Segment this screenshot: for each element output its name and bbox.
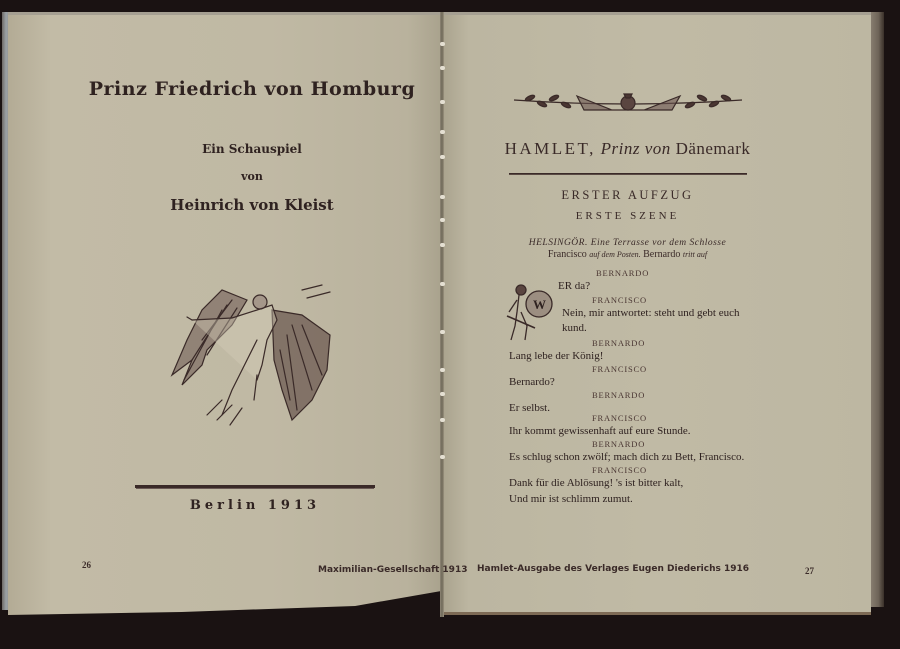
dialogue-line: Bernardo?	[509, 376, 555, 388]
footer-left: Maximilian-Gesellschaft 1913	[318, 565, 467, 575]
binding-stitch	[440, 42, 445, 46]
scene-setting: HELSINGÖR. Eine Terrasse vor dem Schloss…	[0, 238, 900, 248]
warrior-with-shield-W-initial: W	[505, 282, 555, 344]
speaker-name: BERNARDO	[596, 268, 649, 278]
binding-stitch	[440, 418, 445, 422]
binding-stitch	[440, 368, 445, 372]
speaker-name: FRANCISCO	[592, 364, 647, 374]
dialogue-line: Und mir ist schlimm zumut.	[509, 493, 633, 505]
divider-rule	[509, 173, 747, 175]
binding-stitch	[440, 100, 445, 104]
dialogue-line: Ihr kommt gewissenhaft auf eure Stunde.	[509, 425, 690, 437]
dialogue-line: Nein, mir antwortet: steht und gebt euch	[562, 307, 739, 319]
laurel-branch-ornament	[512, 90, 744, 118]
speaker-name: BERNARDO	[592, 338, 645, 348]
imprint-place-year: Berlin 1913	[0, 498, 510, 513]
speaker-name: FRANCISCO	[592, 465, 647, 475]
speaker-name: BERNARDO	[592, 390, 645, 400]
page-number-left: 26	[82, 560, 91, 570]
speaker-name: FRANCISCO	[592, 413, 647, 423]
speaker-name: BERNARDO	[592, 439, 645, 449]
play-title-hamlet: HAMLET, Prinz von Dänemark	[0, 139, 900, 159]
binding-stitch	[440, 455, 445, 459]
binding-stitch	[440, 392, 445, 396]
flying-youth-with-eagle-illustration	[162, 280, 342, 430]
dialogue-line: Er selbst.	[509, 402, 550, 414]
character-name: Bernardo	[643, 249, 680, 260]
page-number-right: 27	[805, 566, 814, 576]
dialogue-line: Dank für die Ablösung! 's ist bitter kal…	[509, 477, 683, 489]
direction-text: auf dem Posten.	[589, 250, 640, 259]
dialogue-line: Es schlug schon zwölf; mach dich zu Bett…	[509, 451, 744, 463]
scene-heading: ERSTE SZENE	[0, 210, 900, 222]
act-heading: ERSTER AUFZUG	[0, 188, 900, 203]
title-rest: Dänemark	[676, 139, 751, 158]
dialogue-line: ER da?	[558, 280, 590, 292]
by-label: von	[0, 170, 504, 183]
speaker-name: FRANCISCO	[592, 295, 647, 305]
dialogue-line: kund.	[562, 322, 587, 334]
binding-stitch	[440, 130, 445, 134]
divider-rule	[135, 485, 375, 488]
dialogue-line: Lang lebe der König!	[509, 350, 603, 362]
play-title: Prinz Friedrich von Homburg	[0, 78, 504, 100]
character-name: Francisco	[548, 249, 587, 260]
title-caps: HAMLET,	[505, 139, 596, 158]
stage-direction: Francisco auf dem Posten. Bernardo tritt…	[0, 249, 900, 260]
binding-stitch	[440, 282, 445, 286]
binding-stitch	[440, 330, 445, 334]
footer-right: Hamlet-Ausgabe des Verlages Eugen Dieder…	[477, 564, 749, 574]
title-italic: Prinz von	[601, 139, 671, 158]
book-cover-edge-right	[870, 12, 884, 607]
binding-stitch	[440, 66, 445, 70]
svg-text:W: W	[533, 297, 546, 312]
direction-text: tritt auf	[683, 250, 707, 259]
